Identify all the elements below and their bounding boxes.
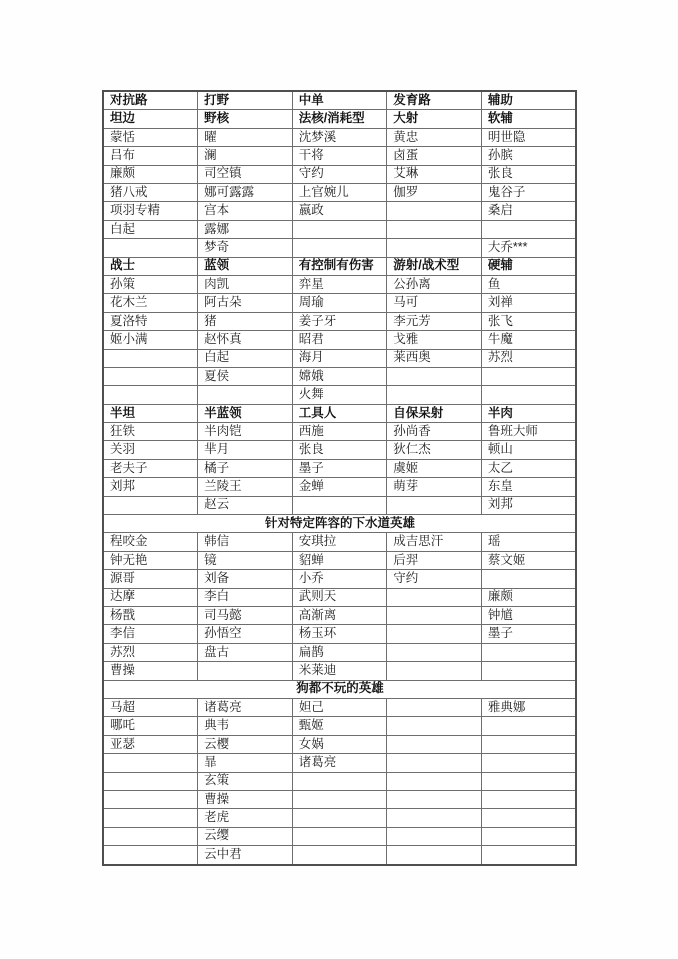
column-header-cell: 软辅 bbox=[481, 110, 576, 128]
hero-name-cell: 姜子牙 bbox=[292, 312, 387, 330]
table-row: 赵云刘邦 bbox=[103, 496, 576, 514]
hero-name-cell: 杨戬 bbox=[103, 606, 198, 624]
hero-name-cell bbox=[292, 496, 387, 514]
hero-name-cell: 诸葛亮 bbox=[198, 698, 293, 716]
section-header-row: 坦边野核法核/消耗型大射软辅 bbox=[103, 110, 576, 128]
hero-name-cell bbox=[387, 662, 482, 680]
hero-name-cell: 娜可露露 bbox=[198, 184, 293, 202]
hero-name-cell: 关羽 bbox=[103, 441, 198, 459]
hero-name-cell: 肉凯 bbox=[198, 275, 293, 293]
column-header-cell: 半肉 bbox=[481, 404, 576, 422]
hero-name-cell: 墨子 bbox=[292, 459, 387, 477]
hero-name-cell: 雅典娜 bbox=[481, 698, 576, 716]
hero-name-cell bbox=[387, 790, 482, 808]
hero-name-cell: 钟无艳 bbox=[103, 551, 198, 569]
hero-name-cell: 夏侯 bbox=[198, 367, 293, 385]
hero-name-cell bbox=[387, 496, 482, 514]
table-row: 白起海月莱西奥苏烈 bbox=[103, 349, 576, 367]
hero-name-cell bbox=[387, 386, 482, 404]
hero-name-cell: 伽罗 bbox=[387, 184, 482, 202]
hero-name-cell bbox=[481, 220, 576, 238]
hero-name-cell: 成吉思汗 bbox=[387, 533, 482, 551]
hero-name-cell: 虞姬 bbox=[387, 459, 482, 477]
hero-name-cell: 半肉铠 bbox=[198, 423, 293, 441]
hero-name-cell: 孙膑 bbox=[481, 147, 576, 165]
section-header-row: 战士蓝领有控制有伤害游射/战术型硬辅 bbox=[103, 257, 576, 275]
table-row: 达摩李白武则天廉颇 bbox=[103, 588, 576, 606]
hero-name-cell: 后羿 bbox=[387, 551, 482, 569]
hero-name-cell: 张良 bbox=[481, 165, 576, 183]
hero-name-cell: 艾琳 bbox=[387, 165, 482, 183]
hero-name-cell: 镜 bbox=[198, 551, 293, 569]
hero-name-cell: 露娜 bbox=[198, 220, 293, 238]
table-row: 李信孙悟空杨玉环墨子 bbox=[103, 625, 576, 643]
column-header-cell: 发育路 bbox=[387, 91, 482, 110]
hero-name-cell: 公孙离 bbox=[387, 275, 482, 293]
hero-name-cell: 干将 bbox=[292, 147, 387, 165]
hero-name-cell bbox=[481, 827, 576, 845]
table-row: 曹操 bbox=[103, 790, 576, 808]
hero-name-cell bbox=[103, 386, 198, 404]
table-row: 老夫子橘子墨子虞姬太乙 bbox=[103, 459, 576, 477]
column-header-cell: 战士 bbox=[103, 257, 198, 275]
hero-name-cell bbox=[103, 790, 198, 808]
hero-name-cell: 刘备 bbox=[198, 570, 293, 588]
hero-name-cell: 貂蝉 bbox=[292, 551, 387, 569]
hero-name-cell: 李白 bbox=[198, 588, 293, 606]
column-header-cell: 对抗路 bbox=[103, 91, 198, 110]
hero-name-cell bbox=[198, 662, 293, 680]
section-banner-row: 针对特定阵容的下水道英雄 bbox=[103, 515, 576, 533]
hero-name-cell bbox=[481, 735, 576, 753]
section-banner-row: 狗都不玩的英雄 bbox=[103, 680, 576, 698]
hero-name-cell: 牛魔 bbox=[481, 331, 576, 349]
section-banner-label: 狗都不玩的英雄 bbox=[103, 680, 576, 698]
hero-name-cell bbox=[103, 827, 198, 845]
hero-name-cell: 司马懿 bbox=[198, 606, 293, 624]
hero-name-cell bbox=[292, 809, 387, 827]
hero-name-cell: 马超 bbox=[103, 698, 198, 716]
column-header-cell: 游射/战术型 bbox=[387, 257, 482, 275]
hero-name-cell: 小乔 bbox=[292, 570, 387, 588]
hero-name-cell: 东皇 bbox=[481, 478, 576, 496]
hero-name-cell: 大乔*** bbox=[481, 239, 576, 257]
hero-name-cell: 哪吒 bbox=[103, 717, 198, 735]
hero-name-cell bbox=[103, 809, 198, 827]
hero-name-cell bbox=[387, 846, 482, 865]
hero-name-cell: 夏洛特 bbox=[103, 312, 198, 330]
hero-name-cell: 金蝉 bbox=[292, 478, 387, 496]
hero-name-cell: 蒙恬 bbox=[103, 128, 198, 146]
hero-name-cell: 云中君 bbox=[198, 846, 293, 865]
table-row: 曹操米莱迪 bbox=[103, 662, 576, 680]
hero-name-cell bbox=[103, 367, 198, 385]
hero-name-cell: 卤蛋 bbox=[387, 147, 482, 165]
hero-name-cell: 孙尚香 bbox=[387, 423, 482, 441]
column-header-cell: 中单 bbox=[292, 91, 387, 110]
table-row: 哪吒典韦甄姬 bbox=[103, 717, 576, 735]
hero-name-cell: 诸葛亮 bbox=[292, 754, 387, 772]
hero-name-cell bbox=[481, 790, 576, 808]
hero-name-cell: 顿山 bbox=[481, 441, 576, 459]
table-row: 孙策肉凯弈星公孙离鱼 bbox=[103, 275, 576, 293]
column-header-cell: 法核/消耗型 bbox=[292, 110, 387, 128]
hero-name-cell: 廉颇 bbox=[103, 165, 198, 183]
hero-name-cell bbox=[387, 239, 482, 257]
hero-name-cell: 妲己 bbox=[292, 698, 387, 716]
hero-name-cell: 钟馗 bbox=[481, 606, 576, 624]
hero-name-cell: 桑启 bbox=[481, 202, 576, 220]
column-header-cell: 半坦 bbox=[103, 404, 198, 422]
hero-name-cell bbox=[292, 846, 387, 865]
hero-name-cell: 甄姬 bbox=[292, 717, 387, 735]
hero-name-cell: 女娲 bbox=[292, 735, 387, 753]
table-row: 程咬金韩信安琪拉成吉思汗瑶 bbox=[103, 533, 576, 551]
hero-name-cell: 蔡文姬 bbox=[481, 551, 576, 569]
hero-name-cell bbox=[292, 220, 387, 238]
hero-name-cell: 老虎 bbox=[198, 809, 293, 827]
hero-name-cell bbox=[103, 754, 198, 772]
hero-name-cell: 张良 bbox=[292, 441, 387, 459]
hero-name-cell: 源哥 bbox=[103, 570, 198, 588]
table-row: 花木兰阿古朵周瑜马可刘禅 bbox=[103, 294, 576, 312]
table-row: 蒙恬曜沈梦溪黄忠明世隐 bbox=[103, 128, 576, 146]
hero-name-cell bbox=[387, 735, 482, 753]
table-row: 关羽芈月张良狄仁杰顿山 bbox=[103, 441, 576, 459]
hero-name-cell: 西施 bbox=[292, 423, 387, 441]
hero-name-cell: 守约 bbox=[387, 570, 482, 588]
table-row: 火舞 bbox=[103, 386, 576, 404]
hero-name-cell: 狄仁杰 bbox=[387, 441, 482, 459]
hero-name-cell: 鱼 bbox=[481, 275, 576, 293]
hero-name-cell: 司空镇 bbox=[198, 165, 293, 183]
hero-name-cell: 姬小满 bbox=[103, 331, 198, 349]
hero-name-cell: 玄策 bbox=[198, 772, 293, 790]
table-row: 狂铁半肉铠西施孙尚香鲁班大师 bbox=[103, 423, 576, 441]
hero-name-cell: 嫦娥 bbox=[292, 367, 387, 385]
hero-name-cell: 廉颇 bbox=[481, 588, 576, 606]
hero-name-cell bbox=[292, 790, 387, 808]
table-row: 源哥刘备小乔守约 bbox=[103, 570, 576, 588]
hero-name-cell: 老夫子 bbox=[103, 459, 198, 477]
hero-name-cell: 沈梦溪 bbox=[292, 128, 387, 146]
hero-name-cell: 猪八戒 bbox=[103, 184, 198, 202]
table-row: 玄策 bbox=[103, 772, 576, 790]
column-header-cell: 蓝领 bbox=[198, 257, 293, 275]
table-row: 夏洛特猪姜子牙李元芳张飞 bbox=[103, 312, 576, 330]
table-row: 夏侯嫦娥 bbox=[103, 367, 576, 385]
hero-name-cell: 弈星 bbox=[292, 275, 387, 293]
table-row: 梦奇大乔*** bbox=[103, 239, 576, 257]
hero-name-cell: 梦奇 bbox=[198, 239, 293, 257]
hero-name-cell bbox=[387, 717, 482, 735]
table-row: 苏烈盘古扁鹊 bbox=[103, 643, 576, 661]
hero-name-cell: 周瑜 bbox=[292, 294, 387, 312]
hero-name-cell: 张飞 bbox=[481, 312, 576, 330]
hero-name-cell bbox=[481, 717, 576, 735]
hero-name-cell: 橘子 bbox=[198, 459, 293, 477]
hero-name-cell: 典韦 bbox=[198, 717, 293, 735]
hero-name-cell: 暃 bbox=[198, 754, 293, 772]
section-banner-label: 针对特定阵容的下水道英雄 bbox=[103, 515, 576, 533]
hero-name-cell: 猪 bbox=[198, 312, 293, 330]
hero-tier-table: 对抗路打野中单发育路辅助坦边野核法核/消耗型大射软辅蒙恬曜沈梦溪黄忠明世隐吕布澜… bbox=[102, 90, 577, 866]
hero-name-cell: 安琪拉 bbox=[292, 533, 387, 551]
hero-name-cell: 墨子 bbox=[481, 625, 576, 643]
hero-name-cell: 太乙 bbox=[481, 459, 576, 477]
hero-name-cell: 芈月 bbox=[198, 441, 293, 459]
hero-name-cell bbox=[103, 496, 198, 514]
table-row: 老虎 bbox=[103, 809, 576, 827]
hero-name-cell bbox=[292, 827, 387, 845]
hero-name-cell bbox=[387, 809, 482, 827]
hero-name-cell bbox=[387, 827, 482, 845]
table-row: 刘邦兰陵王金蝉萌芽东皇 bbox=[103, 478, 576, 496]
hero-name-cell: 戈雅 bbox=[387, 331, 482, 349]
hero-name-cell: 达摩 bbox=[103, 588, 198, 606]
hero-name-cell: 曹操 bbox=[103, 662, 198, 680]
hero-name-cell: 米莱迪 bbox=[292, 662, 387, 680]
hero-name-cell: 亚瑟 bbox=[103, 735, 198, 753]
hero-name-cell: 杨玉环 bbox=[292, 625, 387, 643]
hero-name-cell: 曜 bbox=[198, 128, 293, 146]
hero-name-cell: 曹操 bbox=[198, 790, 293, 808]
hero-name-cell: 苏烈 bbox=[481, 349, 576, 367]
hero-name-cell: 项羽专精 bbox=[103, 202, 198, 220]
column-header-cell: 工具人 bbox=[292, 404, 387, 422]
hero-name-cell bbox=[481, 662, 576, 680]
hero-name-cell: 黄忠 bbox=[387, 128, 482, 146]
hero-name-cell: 鬼谷子 bbox=[481, 184, 576, 202]
column-header-cell: 自保呆射 bbox=[387, 404, 482, 422]
hero-name-cell bbox=[103, 772, 198, 790]
hero-name-cell: 兰陵王 bbox=[198, 478, 293, 496]
hero-name-cell: 吕布 bbox=[103, 147, 198, 165]
hero-name-cell: 李元芳 bbox=[387, 312, 482, 330]
hero-name-cell: 孙策 bbox=[103, 275, 198, 293]
hero-name-cell: 韩信 bbox=[198, 533, 293, 551]
hero-name-cell: 火舞 bbox=[292, 386, 387, 404]
hero-name-cell bbox=[198, 386, 293, 404]
hero-name-cell bbox=[481, 643, 576, 661]
section-header-row: 对抗路打野中单发育路辅助 bbox=[103, 91, 576, 110]
table-row: 项羽专精宫本嬴政桑启 bbox=[103, 202, 576, 220]
hero-name-cell: 武则天 bbox=[292, 588, 387, 606]
hero-name-cell: 阿古朵 bbox=[198, 294, 293, 312]
hero-name-cell: 赵云 bbox=[198, 496, 293, 514]
hero-name-cell: 白起 bbox=[103, 220, 198, 238]
hero-name-cell: 李信 bbox=[103, 625, 198, 643]
hero-name-cell: 白起 bbox=[198, 349, 293, 367]
table-row: 廉颇司空镇守约艾琳张良 bbox=[103, 165, 576, 183]
hero-name-cell bbox=[387, 202, 482, 220]
column-header-cell: 半蓝领 bbox=[198, 404, 293, 422]
hero-name-cell bbox=[481, 809, 576, 827]
column-header-cell: 硬辅 bbox=[481, 257, 576, 275]
hero-name-cell bbox=[387, 698, 482, 716]
hero-name-cell bbox=[387, 772, 482, 790]
column-header-cell: 野核 bbox=[198, 110, 293, 128]
column-header-cell: 打野 bbox=[198, 91, 293, 110]
table-row: 云中君 bbox=[103, 846, 576, 865]
hero-name-cell bbox=[387, 588, 482, 606]
hero-name-cell: 澜 bbox=[198, 147, 293, 165]
hero-name-cell: 云缨 bbox=[198, 827, 293, 845]
hero-name-cell bbox=[103, 846, 198, 865]
hero-name-cell: 孙悟空 bbox=[198, 625, 293, 643]
table-row: 杨戬司马懿高渐离钟馗 bbox=[103, 606, 576, 624]
hero-name-cell: 刘禅 bbox=[481, 294, 576, 312]
hero-name-cell bbox=[481, 754, 576, 772]
column-header-cell: 辅助 bbox=[481, 91, 576, 110]
column-header-cell: 有控制有伤害 bbox=[292, 257, 387, 275]
document-page: 对抗路打野中单发育路辅助坦边野核法核/消耗型大射软辅蒙恬曜沈梦溪黄忠明世隐吕布澜… bbox=[0, 0, 678, 959]
column-header-cell: 坦边 bbox=[103, 110, 198, 128]
table-row: 马超诸葛亮妲己雅典娜 bbox=[103, 698, 576, 716]
hero-name-cell bbox=[292, 772, 387, 790]
hero-name-cell: 盘古 bbox=[198, 643, 293, 661]
table-row: 云缨 bbox=[103, 827, 576, 845]
hero-name-cell: 明世隐 bbox=[481, 128, 576, 146]
hero-name-cell: 守约 bbox=[292, 165, 387, 183]
hero-name-cell: 苏烈 bbox=[103, 643, 198, 661]
table-row: 暃诸葛亮 bbox=[103, 754, 576, 772]
hero-name-cell: 云樱 bbox=[198, 735, 293, 753]
hero-name-cell: 鲁班大师 bbox=[481, 423, 576, 441]
hero-name-cell: 花木兰 bbox=[103, 294, 198, 312]
hero-name-cell: 扁鹊 bbox=[292, 643, 387, 661]
hero-name-cell: 刘邦 bbox=[481, 496, 576, 514]
hero-name-cell: 瑶 bbox=[481, 533, 576, 551]
table-row: 姬小满赵怀真昭君戈雅牛魔 bbox=[103, 331, 576, 349]
hero-name-cell: 萌芽 bbox=[387, 478, 482, 496]
table-row: 吕布澜干将卤蛋孙膑 bbox=[103, 147, 576, 165]
hero-name-cell bbox=[387, 643, 482, 661]
hero-name-cell: 赵怀真 bbox=[198, 331, 293, 349]
hero-name-cell bbox=[481, 846, 576, 865]
hero-name-cell: 刘邦 bbox=[103, 478, 198, 496]
hero-name-cell: 宫本 bbox=[198, 202, 293, 220]
hero-name-cell bbox=[481, 367, 576, 385]
hero-name-cell bbox=[481, 386, 576, 404]
hero-name-cell: 高渐离 bbox=[292, 606, 387, 624]
hero-name-cell bbox=[292, 239, 387, 257]
hero-table-body: 对抗路打野中单发育路辅助坦边野核法核/消耗型大射软辅蒙恬曜沈梦溪黄忠明世隐吕布澜… bbox=[103, 91, 576, 865]
hero-name-cell bbox=[481, 570, 576, 588]
table-row: 钟无艳镜貂蝉后羿蔡文姬 bbox=[103, 551, 576, 569]
hero-name-cell: 程咬金 bbox=[103, 533, 198, 551]
hero-name-cell bbox=[387, 220, 482, 238]
hero-name-cell bbox=[103, 239, 198, 257]
hero-name-cell bbox=[481, 772, 576, 790]
table-row: 猪八戒娜可露露上官婉儿伽罗鬼谷子 bbox=[103, 184, 576, 202]
hero-name-cell: 昭君 bbox=[292, 331, 387, 349]
hero-name-cell: 上官婉儿 bbox=[292, 184, 387, 202]
hero-name-cell bbox=[387, 606, 482, 624]
hero-name-cell bbox=[387, 754, 482, 772]
hero-name-cell bbox=[387, 367, 482, 385]
hero-name-cell: 嬴政 bbox=[292, 202, 387, 220]
hero-name-cell: 海月 bbox=[292, 349, 387, 367]
column-header-cell: 大射 bbox=[387, 110, 482, 128]
hero-name-cell: 莱西奥 bbox=[387, 349, 482, 367]
table-row: 白起露娜 bbox=[103, 220, 576, 238]
table-row: 亚瑟云樱女娲 bbox=[103, 735, 576, 753]
hero-name-cell: 狂铁 bbox=[103, 423, 198, 441]
hero-name-cell: 马可 bbox=[387, 294, 482, 312]
hero-name-cell bbox=[387, 625, 482, 643]
section-header-row: 半坦半蓝领工具人自保呆射半肉 bbox=[103, 404, 576, 422]
hero-name-cell bbox=[103, 349, 198, 367]
